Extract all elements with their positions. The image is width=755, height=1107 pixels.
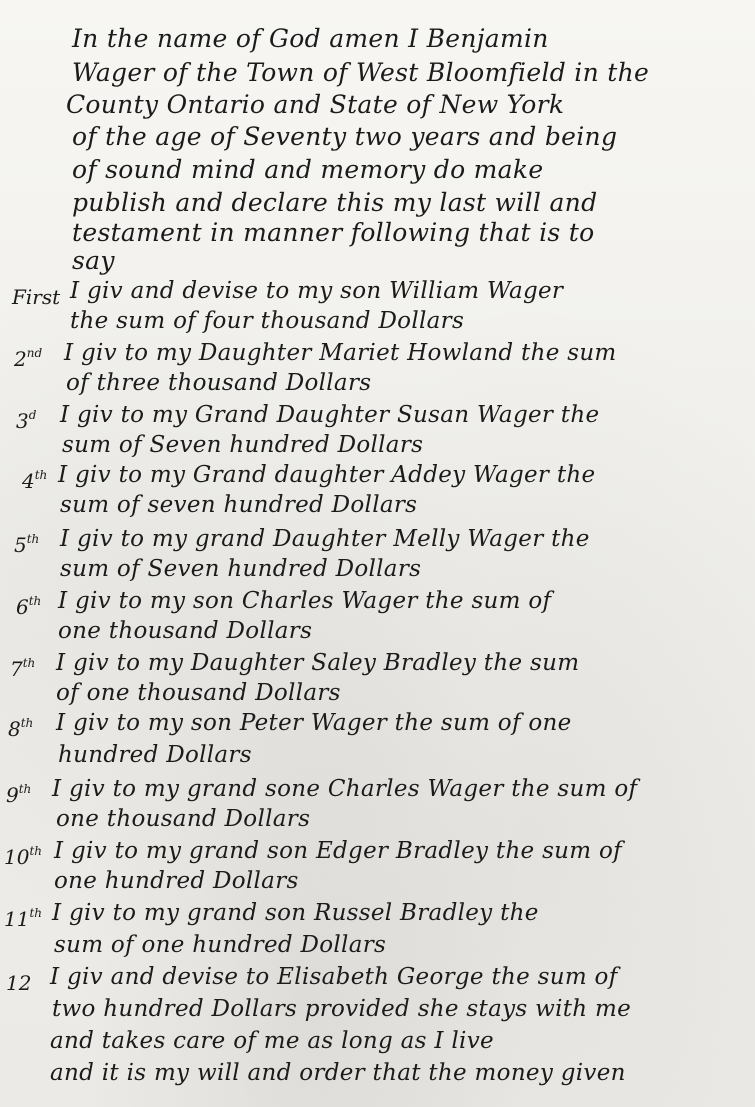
bequest-marker: 7th bbox=[10, 648, 35, 684]
bequest-number: 7 bbox=[10, 657, 23, 681]
bequest-number-suffix: th bbox=[29, 906, 42, 920]
bequest-marker: 9th bbox=[6, 774, 31, 810]
bequest-number-suffix: th bbox=[21, 716, 34, 730]
bequest-line: sum of Seven hundred Dollars bbox=[60, 554, 421, 584]
bequest-line: I giv to my grand Daughter Melly Wager t… bbox=[60, 524, 590, 554]
preamble-line: say bbox=[72, 246, 115, 276]
preamble-line: publish and declare this my last will an… bbox=[72, 188, 597, 218]
bequest-line: I giv to my Grand daughter Addey Wager t… bbox=[58, 460, 595, 490]
bequest-marker: 6th bbox=[16, 586, 41, 622]
bequest-number: 6 bbox=[16, 595, 29, 619]
bequest-line: two hundred Dollars provided she stays w… bbox=[52, 994, 631, 1024]
bequest-line: one hundred Dollars bbox=[54, 866, 299, 896]
bequest-line: one thousand Dollars bbox=[56, 804, 310, 834]
bequest-number-suffix: th bbox=[29, 594, 42, 608]
bequest-marker: 5th bbox=[14, 524, 39, 560]
bequest-line: I giv to my grand sone Charles Wager the… bbox=[52, 774, 637, 804]
closing-line: and it is my will and order that the mon… bbox=[50, 1058, 626, 1088]
preamble-line: County Ontario and State of New York bbox=[66, 90, 564, 120]
preamble-line: of sound mind and memory do make bbox=[72, 155, 543, 185]
bequest-number-suffix: th bbox=[19, 782, 32, 796]
bequest-number: 9 bbox=[6, 783, 19, 807]
bequest-line: of one thousand Dollars bbox=[56, 678, 341, 708]
bequest-number: 8 bbox=[8, 717, 21, 741]
bequest-line: sum of seven hundred Dollars bbox=[60, 490, 417, 520]
bequest-marker: 11th bbox=[4, 898, 42, 934]
preamble-line: testament in manner following that is to bbox=[72, 218, 594, 248]
preamble-line: of the age of Seventy two years and bein… bbox=[72, 122, 617, 152]
bequest-number: 4 bbox=[22, 469, 35, 493]
bequest-line: I giv to my son Charles Wager the sum of bbox=[58, 586, 551, 616]
bequest-line: of three thousand Dollars bbox=[66, 368, 371, 398]
bequest-marker: 2nd bbox=[14, 338, 42, 374]
bequest-number-suffix: th bbox=[29, 844, 42, 858]
bequest-marker: 12 bbox=[6, 962, 31, 998]
bequest-number: 11 bbox=[4, 907, 29, 931]
bequest-line: the sum of four thousand Dollars bbox=[70, 306, 464, 336]
bequest-line: I giv and devise to my son William Wager bbox=[70, 276, 563, 306]
bequest-number-suffix: th bbox=[23, 656, 36, 670]
bequest-number: 2 bbox=[14, 347, 27, 371]
bequest-marker: 3d bbox=[16, 400, 36, 436]
bequest-line: I giv to my grand son Edger Bradley the … bbox=[54, 836, 622, 866]
bequest-line: I giv to my Grand Daughter Susan Wager t… bbox=[60, 400, 599, 430]
bequest-line: and takes care of me as long as I live bbox=[50, 1026, 494, 1056]
bequest-line: sum of one hundred Dollars bbox=[54, 930, 386, 960]
bequest-line: hundred Dollars bbox=[58, 740, 252, 770]
bequest-number-suffix: d bbox=[29, 408, 37, 422]
bequest-line: I giv to my son Peter Wager the sum of o… bbox=[56, 708, 572, 738]
bequest-number: 5 bbox=[14, 533, 27, 557]
bequest-number: 12 bbox=[6, 971, 31, 995]
bequest-number-suffix: th bbox=[27, 532, 40, 546]
bequest-line: I giv to my Daughter Mariet Howland the … bbox=[64, 338, 617, 368]
bequest-marker: 10th bbox=[4, 836, 42, 872]
bequest-line: sum of Seven hundred Dollars bbox=[62, 430, 423, 460]
bequest-marker: 4th bbox=[22, 460, 47, 496]
preamble-line: In the name of God amen I Benjamin bbox=[72, 24, 549, 54]
bequest-marker: First bbox=[12, 276, 60, 312]
bequest-line: I giv and devise to Elisabeth George the… bbox=[50, 962, 618, 992]
bequest-line: I giv to my grand son Russel Bradley the bbox=[52, 898, 539, 928]
preamble-line: Wager of the Town of West Bloomfield in … bbox=[72, 58, 649, 88]
bequest-line: I giv to my Daughter Saley Bradley the s… bbox=[56, 648, 579, 678]
bequest-number: 3 bbox=[16, 409, 29, 433]
bequest-line: one thousand Dollars bbox=[58, 616, 312, 646]
bequest-marker: 8th bbox=[8, 708, 33, 744]
bequest-number-suffix: nd bbox=[27, 346, 42, 360]
bequest-number: 10 bbox=[4, 845, 29, 869]
bequest-number-suffix: th bbox=[35, 468, 48, 482]
scanned-will-page: In the name of God amen I Benjamin Wager… bbox=[0, 0, 755, 1107]
bequest-number: First bbox=[12, 285, 60, 309]
